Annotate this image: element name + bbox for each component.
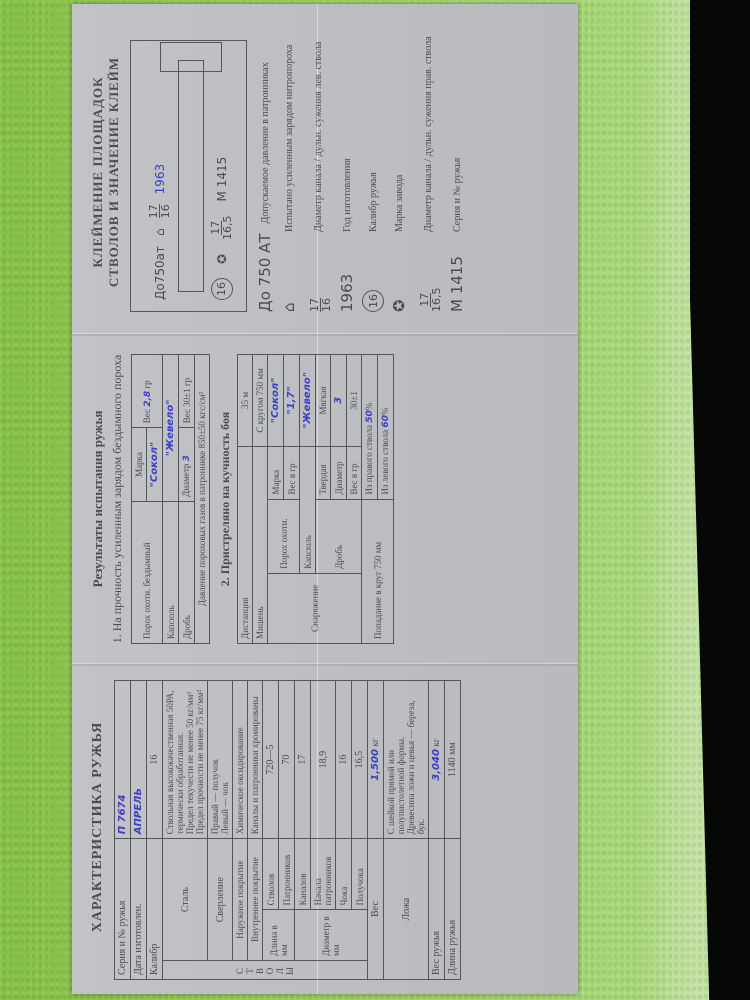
stamp-bottom-row: 16 ✪ 1716,5 М 1415 xyxy=(210,157,233,300)
serial-label: Серия и № ружья xyxy=(115,839,131,980)
s2-left-label: Из левого ствола xyxy=(380,430,390,495)
legend-desc: Марка завода xyxy=(394,175,405,232)
barrel-length-value: 720—5 xyxy=(263,681,279,839)
stamp-frac-right: 1716,5 xyxy=(210,215,233,240)
strength-test-table: Порох охоти. бездымныйМаркаВес 2,8 гр "С… xyxy=(131,354,210,644)
proof-icon: ⌂ xyxy=(153,228,167,236)
s2-primer-label: Капсюль xyxy=(300,446,316,573)
s2-powder-label: Порох охоти. xyxy=(268,499,300,573)
legend-desc: Диаметр канала / дульн. сужения прав. ст… xyxy=(423,36,434,232)
s1-weight-value: 2,8 xyxy=(143,391,153,407)
s1-primer-label: Капсюль xyxy=(163,501,179,643)
s2-shot-diam-label: Диаметр xyxy=(331,446,347,499)
steel-label: Сталь xyxy=(163,839,208,961)
inner-coating-label: Внутреннее покрытие xyxy=(248,839,263,961)
legend-mark: М 1415 xyxy=(448,242,466,312)
barrel-weight-label: Вес xyxy=(368,839,384,980)
stamp-top-row: До750ат ⌂ 1716 1963 xyxy=(148,164,171,300)
legend-mark: 1716 xyxy=(304,242,332,312)
gun-weight-unit: кг xyxy=(431,739,441,747)
legend-desc: Год изготовления xyxy=(342,158,353,232)
s1-shot-weight: Вес 30±1 гр xyxy=(179,355,195,428)
tests-title: Результаты испытания ружья xyxy=(90,344,106,654)
legend-desc: Калибр ружья xyxy=(368,172,379,232)
legend-mark: 1716,5 xyxy=(414,242,442,312)
date-label: Дата изготовлен. xyxy=(131,839,147,980)
s2-loading-label: Снаряжение xyxy=(268,573,362,643)
stamp-year: 1963 xyxy=(153,164,167,195)
s2-left-value: 60 xyxy=(381,415,391,428)
panel-characteristics: ХАРАКТЕРИСТИКА РУЖЬЯ Серия и № ружьяП 76… xyxy=(72,674,596,980)
characteristics-title: ХАРАКТЕРИСТИКА РУЖЬЯ xyxy=(90,674,106,980)
s2-powder-weight-label: Вес в гр xyxy=(284,446,300,499)
caliber-label: Калибр xyxy=(147,839,163,980)
legend-desc: Испытано усиленным зарядом нитропороха xyxy=(284,45,295,232)
legend-row: 16Калибр ружья xyxy=(362,22,384,312)
legend-row: 1963Год изготовления xyxy=(338,22,356,312)
steel-value: Ствольная высококачественная 50РА, терми… xyxy=(163,681,208,839)
marks-title-2: СТВОЛОВ И ЗНАЧЕНИЕ КЛЕЙМ xyxy=(106,22,122,322)
stock-value: С шейкой прямой или полупистолетной форм… xyxy=(384,681,429,839)
steel-yield-line: Предел текучести не менее 50 кг/мм² xyxy=(185,685,195,834)
inner-coating-value: Каналы и патронники хромированы xyxy=(248,681,263,839)
breech-drawing xyxy=(160,42,222,72)
strength-test-title: 1. На прочность усиленным зарядом бездым… xyxy=(110,344,125,654)
s2-left-pct: % xyxy=(380,408,390,416)
s2-target-label: Мишень xyxy=(253,446,268,643)
s1-shot-diam: Диаметр 3 xyxy=(179,428,195,502)
barrel-weight-unit: кг xyxy=(370,739,380,747)
s2-shot-weight-value: 30±1 xyxy=(347,355,362,447)
s1-pressure-value: 850±50 кгс/см² xyxy=(197,392,207,449)
outer-coating-value: Химическое оксидирование xyxy=(233,681,248,839)
stock-label: Ложа xyxy=(384,839,429,980)
caliber-value: 16 xyxy=(147,681,163,839)
s1-shot-diam-label: Диаметр xyxy=(181,464,191,497)
accuracy-test-table: Дистанция35 м МишеньС кругом 750 мм Снар… xyxy=(237,354,394,644)
chamber-length-label: Патронников xyxy=(279,839,295,910)
barrel-flat-drawing xyxy=(178,60,204,292)
s2-right-barrel: Из правого ствола 50% xyxy=(362,355,378,500)
s1-shot-diam-value: 3 xyxy=(182,455,192,461)
s1-primer-value: "Жевело" xyxy=(163,355,179,502)
stamp-diagram: До750ат ⌂ 1716 1963 16 ✪ 1716,5 М 1415 xyxy=(130,22,250,322)
legend-frac: 1716 xyxy=(309,298,332,312)
s1-brand-label: Марка xyxy=(132,428,147,502)
legend-row: 1716Диаметр канала / дульн. сужения лев.… xyxy=(304,22,332,312)
s1-shot-label: Дробь xyxy=(179,501,195,643)
barrels-group-label: С Т В О Л Ы xyxy=(163,961,368,980)
chamber-length-value: 70 xyxy=(279,681,295,839)
s2-right-value: 50 xyxy=(365,410,375,423)
s2-right-label: Из правого ствола xyxy=(364,425,374,495)
s2-shot-weight-label: Вес в гр xyxy=(347,446,362,499)
outer-coating-label: Наружное покрытие xyxy=(233,839,248,961)
star-shield-icon: ✪ xyxy=(215,254,229,264)
frac-bot: 16,5 xyxy=(431,288,442,313)
legend-mark: 1963 xyxy=(338,242,356,312)
s2-distance-value: 35 м xyxy=(238,355,253,447)
stamp-caliber: 16 xyxy=(211,278,233,300)
legend-desc: Серия и № ружья xyxy=(452,158,463,232)
s2-primer-value: "Жевело" xyxy=(300,355,316,447)
gun-weight-label: Вес ружья xyxy=(429,839,445,980)
s2-distance-label: Дистанция xyxy=(238,446,253,643)
marks-title-1: КЛЕЙМЕНИЕ ПЛОЩАДОК xyxy=(90,22,106,322)
stamp-serial: М 1415 xyxy=(215,157,229,202)
stock-shape: С шейкой прямой или полупистолетной форм… xyxy=(386,685,406,834)
barrel-weight-number: 1,500 xyxy=(370,749,381,781)
gun-weight-value: 3,040 кг xyxy=(429,681,445,839)
characteristics-table: Серия и № ружьяП 7674 Дата изготовлен.АП… xyxy=(114,680,461,980)
legend-row: ✪Марка завода xyxy=(390,22,408,312)
star-shield-icon: ✪ xyxy=(390,242,408,312)
marks-legend: До 750 АТДопускаемое давление в патронни… xyxy=(256,22,466,322)
s2-right-pct: % xyxy=(364,403,374,411)
s1-weight-cell: Вес 2,8 гр xyxy=(132,355,163,428)
s1-powder-label: Порох охоти. бездымный xyxy=(132,501,163,643)
barrel-weight-value: 1,500 кг xyxy=(368,681,384,839)
proof-icon: ⌂ xyxy=(280,242,298,312)
s2-soft-shot-label: Мягкая xyxy=(316,355,331,447)
chamber-diameter-value: 18,9 xyxy=(311,681,336,839)
s2-shot-label: Дробь xyxy=(316,499,362,573)
stock-wood: Древесина ложи и цевья — береза, бук. xyxy=(406,685,426,834)
steel-value-line: Ствольная высококачественная 50РА, терми… xyxy=(165,685,185,834)
legend-row: 1716,5Диаметр канала / дульн. сужения пр… xyxy=(414,22,442,312)
panel-proof-marks: КЛЕЙМЕНИЕ ПЛОЩАДОК СТВОЛОВ И ЗНАЧЕНИЕ КЛ… xyxy=(72,22,596,322)
bore-diameter-value: 17 xyxy=(295,681,311,839)
legend-desc: Допускаемое давление в патронниках xyxy=(260,62,271,223)
legend-frac: 1716,5 xyxy=(419,288,442,313)
legend-mark: До 750 АТ xyxy=(256,234,274,313)
serial-value: П 7674 xyxy=(115,681,131,839)
gun-length-value: 1140 мм xyxy=(445,681,461,839)
document-wrapper: ХАРАКТЕРИСТИКА РУЖЬЯ Серия и № ружьяП 76… xyxy=(72,4,578,994)
frac2-bot: 16,5 xyxy=(222,215,233,240)
s1-weight-label: Вес xyxy=(142,409,152,423)
accuracy-test-title: 2. Пристреляно на кучность боя xyxy=(218,344,233,654)
length-group-label: Длина в мм xyxy=(263,910,295,961)
stamp-pressure: До750ат xyxy=(153,246,167,300)
s2-left-barrel: Из левого ствола 60% xyxy=(378,355,394,500)
s2-powder-weight-value: "1,7" xyxy=(284,355,300,447)
s2-brand-value: "Сокол" xyxy=(268,355,284,447)
legend-row: До 750 АТДопускаемое давление в патронни… xyxy=(256,22,274,312)
choke-diameter-label: Чока xyxy=(336,839,352,910)
drilling-value: Правый — получокЛевый — чок xyxy=(208,681,233,839)
panel-test-results: Результаты испытания ружья 1. На прочнос… xyxy=(72,344,596,654)
legend-row: ⌂Испытано усиленным зарядом нитропороха xyxy=(280,22,298,312)
stamp-frac-left: 1716 xyxy=(148,204,171,218)
s2-hits-label: Попадание в круг 750 мм xyxy=(362,499,394,643)
gun-weight-number: 3,040 xyxy=(431,749,442,781)
frac-bot: 16 xyxy=(321,298,332,312)
s2-hard-shot-label: Твердая xyxy=(316,446,331,499)
caliber-circle: 16 xyxy=(362,290,384,312)
fold-line-2 xyxy=(72,334,578,336)
date-value: АПРЕЛЬ xyxy=(131,681,147,839)
s2-brand-label: Марка xyxy=(268,446,284,499)
s1-pressure: Давление пороховых газов в патроннике 85… xyxy=(195,355,210,644)
s1-weight-unit: гр xyxy=(142,380,152,388)
barrel-length-label: Стволов xyxy=(263,839,279,910)
frac-bot: 16 xyxy=(160,204,171,218)
s2-shot-diam-value: 3 xyxy=(331,355,347,447)
diameter-group-label: Диаметр в мм xyxy=(295,910,368,961)
chamber-diameter-label: Начала патронников xyxy=(311,839,336,910)
choke-diameter-value: 16 xyxy=(336,681,352,839)
halfchoke-diameter-label: Получока xyxy=(352,839,368,910)
gun-length-label: Длина ружья xyxy=(445,839,461,980)
legend-row: М 1415Серия и № ружья xyxy=(448,22,466,312)
legend-mark: 16 xyxy=(362,242,384,312)
bore-diameter-label: Каналов xyxy=(295,839,311,910)
steel-strength-line: Предел прочности не менее 75 кг/мм² xyxy=(195,685,205,834)
drilling-left: Левый — чок xyxy=(220,685,230,834)
gun-passport-sheet: ХАРАКТЕРИСТИКА РУЖЬЯ Серия и № ружьяП 76… xyxy=(72,4,578,994)
halfchoke-diameter-value: 16,5 xyxy=(352,681,368,839)
drilling-label: Сверление xyxy=(208,839,233,961)
s2-target-value: С кругом 750 мм xyxy=(253,355,268,447)
legend-desc: Диаметр канала / дульн. сужения лев. ств… xyxy=(313,42,324,232)
drilling-right: Правый — получок xyxy=(210,685,220,834)
fold-line-1 xyxy=(72,664,578,666)
s1-pressure-label: Давление пороховых газов в патроннике xyxy=(197,451,207,606)
s1-brand-value: "Сокол" xyxy=(147,428,163,502)
